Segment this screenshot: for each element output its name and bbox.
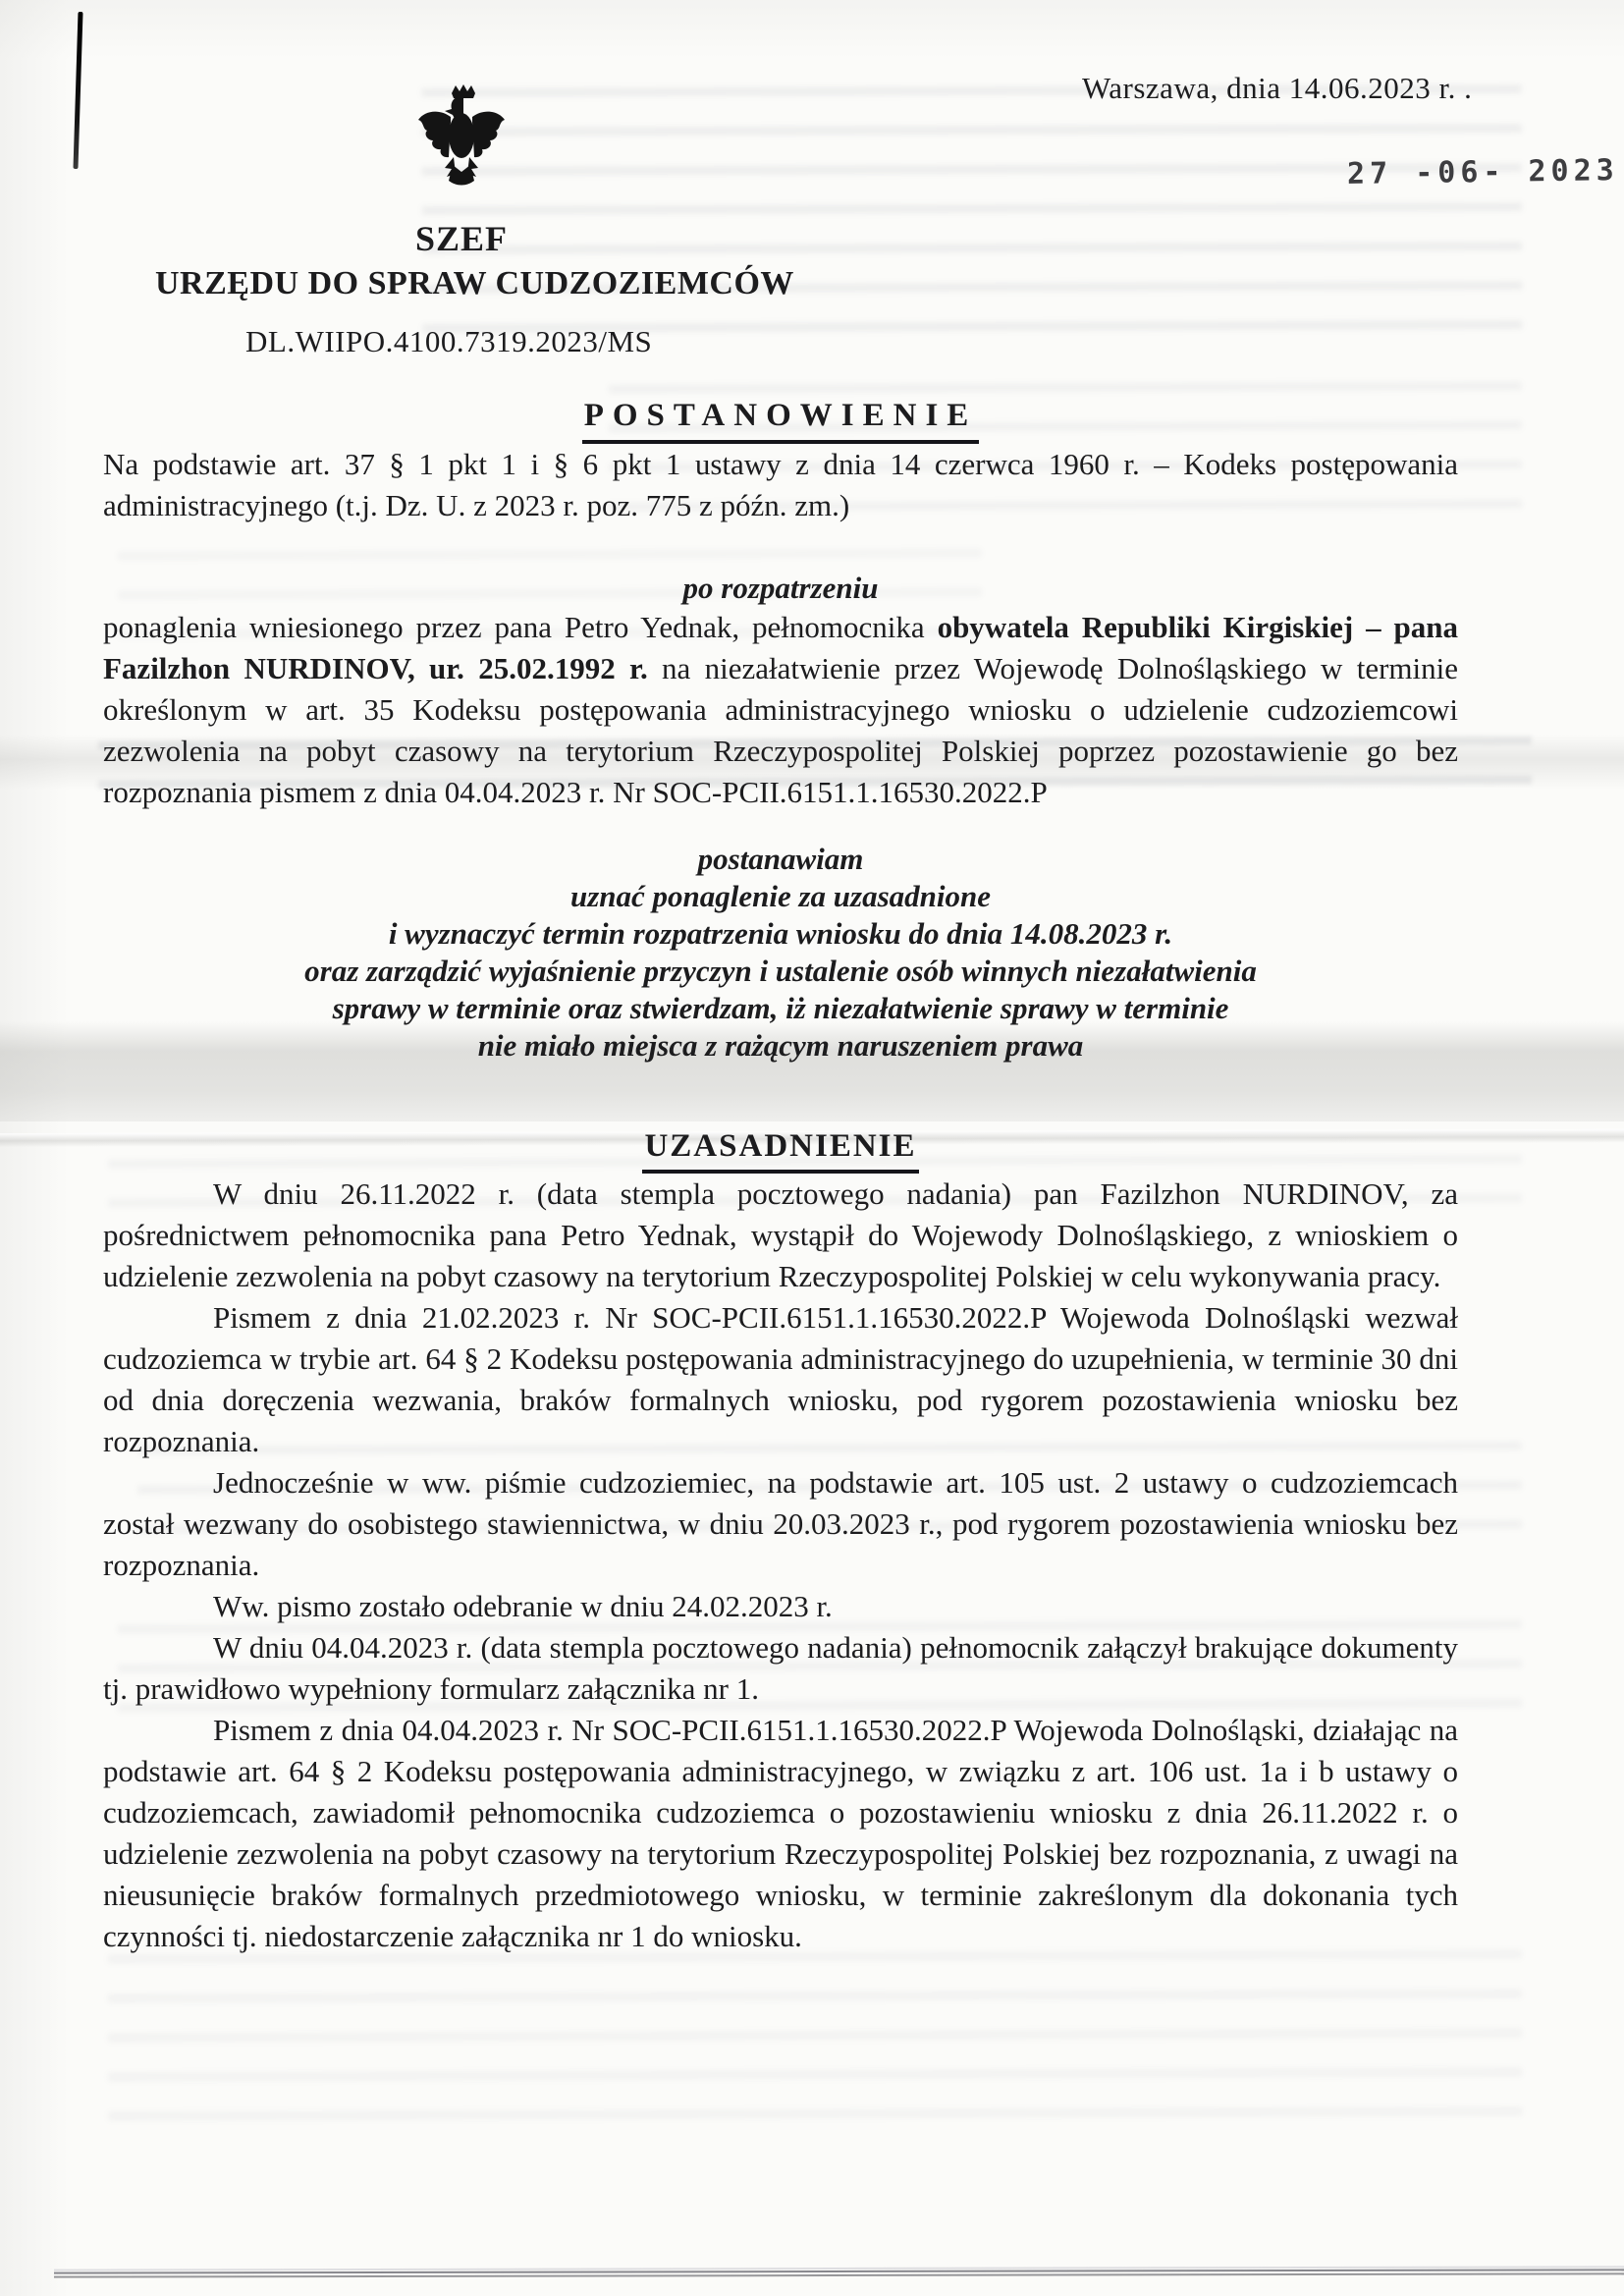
complaint-text-normal: ponaglenia wniesionego przez pana Petro … (103, 610, 938, 644)
justification-paragraph: Ww. pismo zostało odebranie w dniu 24.02… (103, 1586, 1458, 1627)
decision-heading-row: POSTANOWIENIE (103, 395, 1458, 444)
legal-basis-paragraph: Na podstawie art. 37 § 1 pkt 1 i § 6 pkt… (103, 444, 1458, 526)
resolution-line: uznać ponaglenie za uzasadnione (103, 878, 1458, 915)
resolution-intro: postanawiam (103, 841, 1458, 878)
justification-heading: UZASADNIENIE (642, 1125, 918, 1174)
case-number: DL.WIIPO.4100.7319.2023/MS (245, 324, 652, 359)
resolution-line: oraz zarządzić wyjaśnienie przyczyn i us… (103, 953, 1458, 990)
justification-paragraph: W dniu 26.11.2022 r. (data stempla poczt… (103, 1174, 1458, 1297)
resolution-line: nie miało miejsca z rażącym naruszeniem … (103, 1027, 1458, 1065)
after-consideration-line: po rozpatrzeniu (103, 570, 1458, 607)
justification-paragraph: W dniu 04.04.2023 r. (data stempla poczt… (103, 1627, 1458, 1710)
document-body: POSTANOWIENIE Na podstawie art. 37 § 1 p… (103, 395, 1458, 1957)
letterhead: SZEF URZĘDU DO SPRAW CUDZOZIEMCÓW (155, 84, 768, 302)
resolution-line: i wyznaczyć termin rozpatrzenia wniosku … (103, 915, 1458, 953)
received-date-stamp: 27 -06- 2023 (1347, 153, 1619, 191)
justification-paragraph: Pismem z dnia 21.02.2023 r. Nr SOC-PCII.… (103, 1297, 1458, 1462)
scanned-document-page: Warszawa, dnia 14.06.2023 r. . 27 -06- 2… (0, 0, 1624, 2296)
justification-heading-row: UZASADNIENIE (103, 1125, 1458, 1174)
resolution-block: postanawiam uznać ponaglenie za uzasadni… (103, 841, 1458, 1065)
issuer-title-line2: URZĘDU DO SPRAW CUDZOZIEMCÓW (155, 265, 768, 302)
city-date-line: Warszawa, dnia 14.06.2023 r. . (1082, 71, 1472, 106)
justification-paragraph: Pismem z dnia 04.04.2023 r. Nr SOC-PCII.… (103, 1710, 1458, 1957)
decision-heading: POSTANOWIENIE (582, 395, 980, 444)
complaint-paragraph: ponaglenia wniesionego przez pana Petro … (103, 607, 1458, 813)
polish-eagle-emblem (417, 84, 506, 204)
page-edge-line-artifact (54, 2269, 1624, 2273)
resolution-line: sprawy w terminie oraz stwierdzam, iż ni… (103, 990, 1458, 1027)
justification-paragraph: Jednocześnie w ww. piśmie cudzoziemiec, … (103, 1462, 1458, 1586)
pen-mark-artifact (73, 12, 82, 169)
bleed-through-artifact (108, 1949, 1523, 2151)
issuer-title-line1: SZEF (155, 218, 768, 259)
